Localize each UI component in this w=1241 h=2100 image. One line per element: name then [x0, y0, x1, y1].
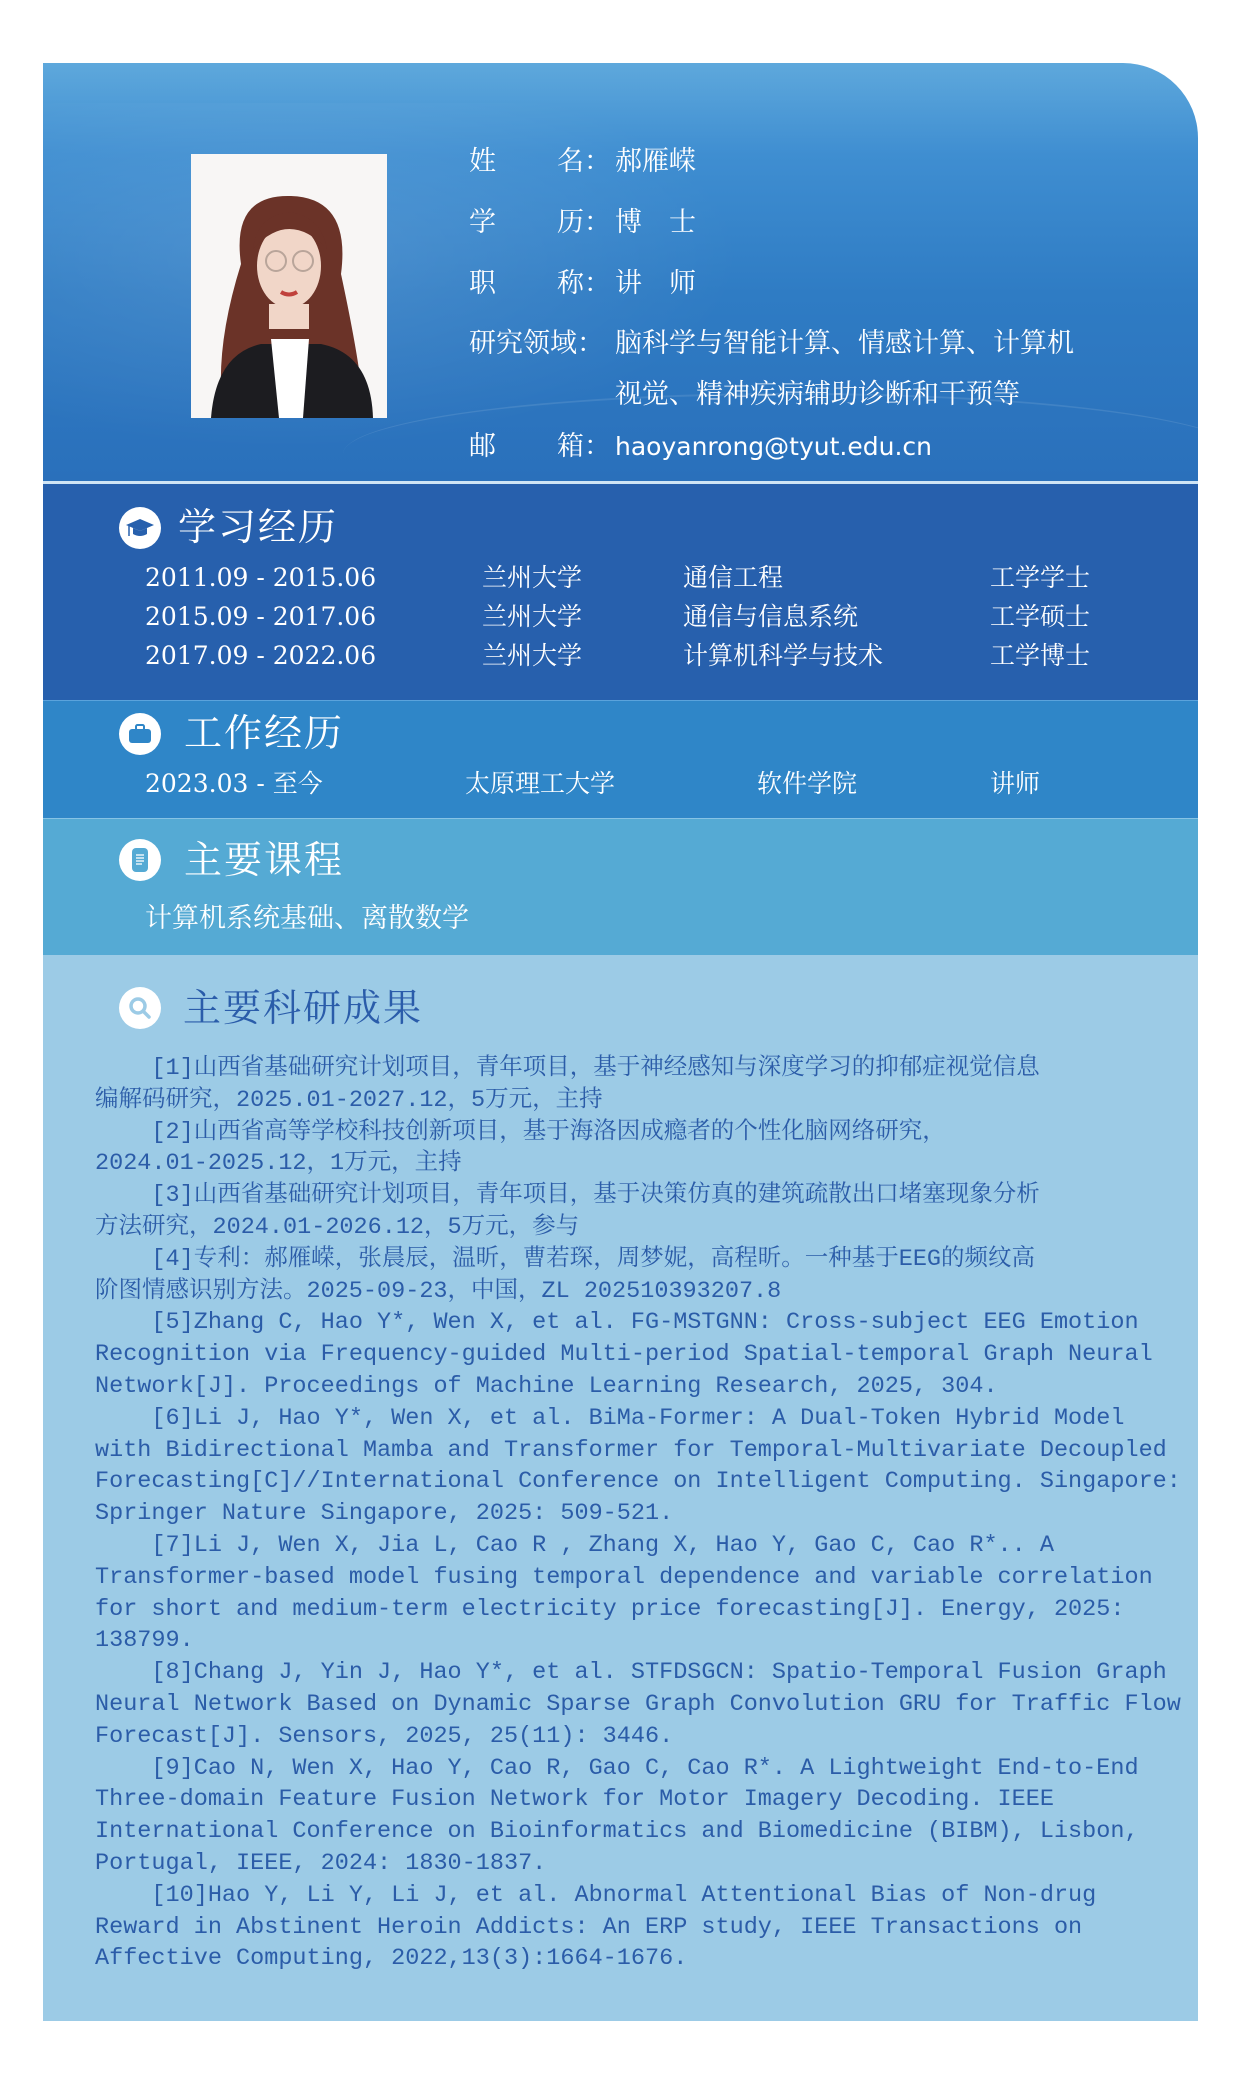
- edu-school: 兰州大学: [482, 563, 582, 593]
- research-item: [7]Li J, Wen X, Jia L, Cao R , Zhang X, …: [95, 1530, 1195, 1657]
- graduation-cap-icon: [119, 507, 161, 549]
- work-period: 2023.03 - 至今: [145, 769, 323, 799]
- title-label-b: 称：: [557, 268, 611, 300]
- research-line: Springer Nature Singapore, 2025: 509-521…: [95, 1498, 1195, 1530]
- research-line: [7]Li J, Wen X, Jia L, Cao R , Zhang X, …: [95, 1530, 1195, 1562]
- research-line: Three-domain Feature Fusion Network for …: [95, 1784, 1195, 1816]
- research-item: [1]山西省基础研究计划项目，青年项目，基于神经感知与深度学习的抑郁症视觉信息 …: [95, 1053, 1195, 1117]
- research-line: 编解码研究，2025.01-2027.12，5万元，主持: [95, 1085, 1195, 1117]
- research-line: with Bidirectional Mamba and Transformer…: [95, 1435, 1195, 1467]
- education-title: 学习经历: [178, 505, 338, 549]
- edu-major: 通信与信息系统: [683, 602, 858, 632]
- research-item: [10]Hao Y, Li Y, Li J, et al. Abnormal A…: [95, 1880, 1195, 1975]
- edu-period: 2015.09 - 2017.06: [145, 602, 376, 632]
- research-item: [9]Cao N, Wen X, Hao Y, Cao R, Gao C, Ca…: [95, 1753, 1195, 1880]
- research-line: Forecasting[C]//International Conference…: [95, 1466, 1195, 1498]
- title-label-a: 职: [469, 268, 496, 300]
- work-position: 讲师: [990, 769, 1040, 799]
- research-line: Reward in Abstinent Heroin Addicts: An E…: [95, 1912, 1195, 1944]
- title-value: 讲 师: [615, 268, 696, 300]
- research-line: Portugal, IEEE, 2024: 1830-1837.: [95, 1848, 1195, 1880]
- research-line: Forecast[J]. Sensors, 2025, 25(11): 3446…: [95, 1721, 1195, 1753]
- courses-list: 计算机系统基础、离散数学: [145, 904, 469, 934]
- research-line: [6]Li J, Hao Y*, Wen X, et al. BiMa-Form…: [95, 1403, 1195, 1435]
- edu-school: 兰州大学: [482, 602, 582, 632]
- research-line: International Conference on Bioinformati…: [95, 1816, 1195, 1848]
- search-icon: [119, 987, 161, 1029]
- research-line: [8]Chang J, Yin J, Hao Y*, et al. STFDSG…: [95, 1657, 1195, 1689]
- research-area-value-line2: 视觉、精神疾病辅助诊断和干预等: [615, 379, 1020, 411]
- edu-major: 通信工程: [683, 563, 783, 593]
- research-item: [4]专利：郝雁嵘，张晨辰，温昕，曹若琛，周梦妮，高程昕。一种基于EEG的频纹高…: [95, 1244, 1195, 1308]
- research-area-label: 研究领域：: [469, 328, 604, 360]
- portrait-image: [191, 154, 387, 418]
- research-item: [3]山西省基础研究计划项目，青年项目，基于决策仿真的建筑疏散出口堵塞现象分析 …: [95, 1180, 1195, 1244]
- research-line: 138799.: [95, 1625, 1195, 1657]
- research-line: Neural Network Based on Dynamic Sparse G…: [95, 1689, 1195, 1721]
- name-label-b: 名：: [557, 146, 611, 178]
- research-item: [5]Zhang C, Hao Y*, Wen X, et al. FG-MST…: [95, 1307, 1195, 1402]
- research-line: for short and medium-term electricity pr…: [95, 1594, 1195, 1626]
- research-item: [6]Li J, Hao Y*, Wen X, et al. BiMa-Form…: [95, 1403, 1195, 1530]
- work-title: 工作经历: [184, 711, 344, 755]
- work-org: 太原理工大学: [465, 769, 615, 799]
- document-icon: [119, 839, 161, 881]
- research-line: [3]山西省基础研究计划项目，青年项目，基于决策仿真的建筑疏散出口堵塞现象分析: [95, 1180, 1195, 1212]
- research-line: [1]山西省基础研究计划项目，青年项目，基于神经感知与深度学习的抑郁症视觉信息: [95, 1053, 1195, 1085]
- research-area-value: 脑科学与智能计算、情感计算、计算机: [615, 328, 1074, 360]
- research-title: 主要科研成果: [183, 986, 423, 1030]
- research-line: 2024.01-2025.12，1万元，主持: [95, 1148, 1195, 1180]
- briefcase-icon: [119, 713, 161, 755]
- edu-period: 2011.09 - 2015.06: [145, 563, 376, 593]
- email-label-b: 箱：: [557, 431, 611, 463]
- research-line: [9]Cao N, Wen X, Hao Y, Cao R, Gao C, Ca…: [95, 1753, 1195, 1785]
- edu-degree: 工学硕士: [990, 602, 1090, 632]
- edu-period: 2017.09 - 2022.06: [145, 641, 376, 671]
- research-line: Network[J]. Proceedings of Machine Learn…: [95, 1371, 1195, 1403]
- work-dept: 软件学院: [757, 769, 857, 799]
- research-line: 阶图情感识别方法。2025-09-23，中国，ZL 202510393207.8: [95, 1276, 1195, 1308]
- research-line: [5]Zhang C, Hao Y*, Wen X, et al. FG-MST…: [95, 1307, 1195, 1339]
- research-item: [8]Chang J, Yin J, Hao Y*, et al. STFDSG…: [95, 1657, 1195, 1752]
- research-line: Recognition via Frequency-guided Multi-p…: [95, 1339, 1195, 1371]
- email-value[interactable]: haoyanrong@tyut.edu.cn: [615, 431, 932, 463]
- courses-title: 主要课程: [184, 838, 344, 882]
- research-line: 方法研究，2024.01-2026.12，5万元，参与: [95, 1212, 1195, 1244]
- email-label-a: 邮: [469, 431, 496, 463]
- degree-value: 博 士: [615, 207, 696, 239]
- research-line: [2]山西省高等学校科技创新项目，基于海洛因成瘾者的个性化脑网络研究，: [95, 1117, 1195, 1149]
- research-list: [1]山西省基础研究计划项目，青年项目，基于神经感知与深度学习的抑郁症视觉信息 …: [95, 1053, 1195, 1975]
- edu-degree: 工学学士: [990, 563, 1090, 593]
- profile-photo: [191, 154, 387, 418]
- degree-label-a: 学: [469, 207, 496, 239]
- degree-label-b: 历：: [557, 207, 611, 239]
- research-item: [2]山西省高等学校科技创新项目，基于海洛因成瘾者的个性化脑网络研究， 2024…: [95, 1117, 1195, 1181]
- name-value: 郝雁嵘: [615, 146, 696, 178]
- research-line: Affective Computing, 2022,13(3):1664-167…: [95, 1943, 1195, 1975]
- name-label-a: 姓: [469, 146, 496, 178]
- edu-school: 兰州大学: [482, 641, 582, 671]
- research-line: [4]专利：郝雁嵘，张晨辰，温昕，曹若琛，周梦妮，高程昕。一种基于EEG的频纹高: [95, 1244, 1195, 1276]
- edu-degree: 工学博士: [990, 641, 1090, 671]
- research-line: [10]Hao Y, Li Y, Li J, et al. Abnormal A…: [95, 1880, 1195, 1912]
- edu-major: 计算机科学与技术: [683, 641, 883, 671]
- research-line: Transformer-based model fusing temporal …: [95, 1562, 1195, 1594]
